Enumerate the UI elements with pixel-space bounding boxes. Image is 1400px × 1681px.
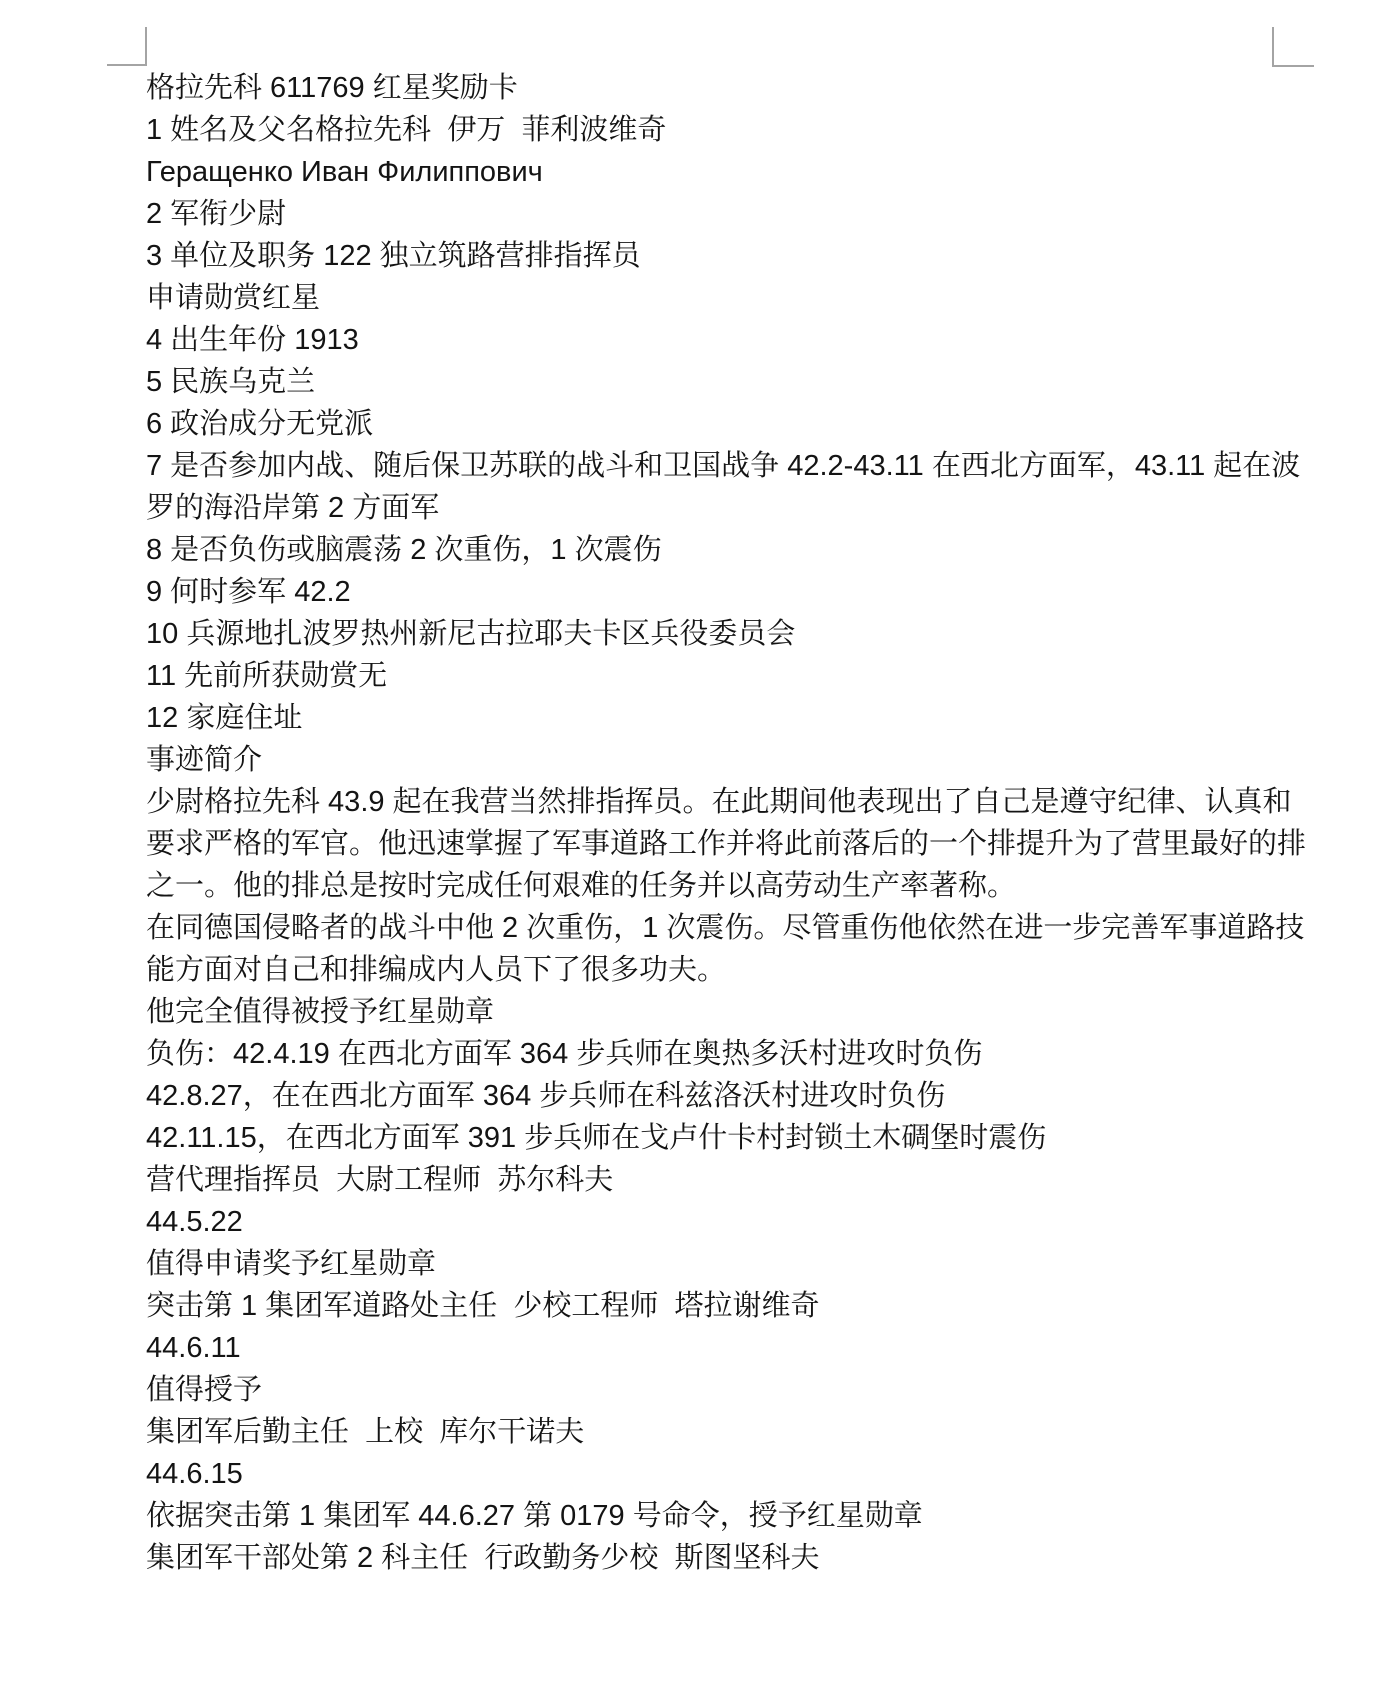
doc-line-award-order[interactable]: 依据突击第 1 集团军 44.6.27 第 0179 号命令，授予红星勋章 [146,1495,1274,1537]
doc-line-endorsement[interactable]: 值得申请奖予红星勋章 [146,1243,1274,1285]
doc-line-date[interactable]: 44.6.11 [146,1327,1274,1369]
doc-line-unit[interactable]: 3 单位及职务 122 独立筑路营排指挥员 [146,235,1274,277]
doc-line-birth-year[interactable]: 4 出生年份 1913 [146,319,1274,361]
doc-line-endorsement[interactable]: 值得授予 [146,1369,1274,1411]
doc-line-name-russian[interactable]: Геращенко Иван Филиппович [146,151,1274,193]
doc-line-name[interactable]: 1 姓名及父名格拉先科 伊万 菲利波维奇 [146,109,1274,151]
doc-line-signature[interactable]: 突击第 1 集团军道路处主任 少校工程师 塔拉谢维奇 [146,1285,1274,1327]
doc-line-signature[interactable]: 集团军干部处第 2 科主任 行政勤务少校 斯图坚科夫 [146,1537,1274,1579]
doc-line-war-service[interactable]: 7 是否参加内战、随后保卫苏联的战斗和卫国战争 42.2-43.11 在西北方面… [146,445,1274,487]
doc-line-war-service-cont[interactable]: 罗的海沿岸第 2 方面军 [146,487,1274,529]
doc-line-prior-awards[interactable]: 11 先前所获勋赏无 [146,655,1274,697]
doc-line-date[interactable]: 44.5.22 [146,1201,1274,1243]
doc-line-citation[interactable]: 在同德国侵略者的战斗中他 2 次重伤，1 次震伤。尽管重伤他依然在进一步完善军事… [146,907,1274,949]
doc-line[interactable]: 申请勋赏红星 [146,277,1274,319]
doc-line-title[interactable]: 格拉先科 611769 红星奖励卡 [146,67,1274,109]
doc-line-citation[interactable]: 能方面对自己和排编成内人员下了很多功夫。 [146,949,1274,991]
doc-line-party[interactable]: 6 政治成分无党派 [146,403,1274,445]
doc-line-signature[interactable]: 营代理指挥员 大尉工程师 苏尔科夫 [146,1159,1274,1201]
doc-line-citation[interactable]: 少尉格拉先科 43.9 起在我营当然排指挥员。在此期间他表现出了自己是遵守纪律、… [146,781,1274,823]
text-boundary-mark-top-right [1272,27,1314,67]
doc-line-ethnicity[interactable]: 5 民族乌克兰 [146,361,1274,403]
doc-line-citation[interactable]: 之一。他的排总是按时完成任何艰难的任务并以高劳动生产率著称。 [146,865,1274,907]
doc-line-citation[interactable]: 要求严格的军官。他迅速掌握了军事道路工作并将此前落后的一个排提升为了营里最好的排 [146,823,1274,865]
doc-line-wound-record[interactable]: 42.11.15，在西北方面军 391 步兵师在戈卢什卡村封锁土木碉堡时震伤 [146,1117,1274,1159]
doc-line-signature[interactable]: 集团军后勤主任 上校 库尔干诺夫 [146,1411,1274,1453]
doc-line-wound-record[interactable]: 负伤：42.4.19 在西北方面军 364 步兵师在奥热多沃村进攻时负伤 [146,1033,1274,1075]
doc-line-date[interactable]: 44.6.15 [146,1453,1274,1495]
doc-line-citation-header[interactable]: 事迹简介 [146,739,1274,781]
doc-line-enlist-date[interactable]: 9 何时参军 42.2 [146,571,1274,613]
doc-line-citation[interactable]: 他完全值得被授予红星勋章 [146,991,1274,1033]
document-page: 格拉先科 611769 红星奖励卡 1 姓名及父名格拉先科 伊万 菲利波维奇 Г… [0,0,1400,1681]
doc-line-enlist-place[interactable]: 10 兵源地扎波罗热州新尼古拉耶夫卡区兵役委员会 [146,613,1274,655]
doc-line-wound-record[interactable]: 42.8.27，在在西北方面军 364 步兵师在科兹洛沃村进攻时负伤 [146,1075,1274,1117]
doc-line-home-address[interactable]: 12 家庭住址 [146,697,1274,739]
doc-line-wounds[interactable]: 8 是否负伤或脑震荡 2 次重伤，1 次震伤 [146,529,1274,571]
doc-line-rank[interactable]: 2 军衔少尉 [146,193,1274,235]
text-boundary-mark-top-left [107,27,147,66]
document-text-area[interactable]: 格拉先科 611769 红星奖励卡 1 姓名及父名格拉先科 伊万 菲利波维奇 Г… [146,67,1274,1579]
